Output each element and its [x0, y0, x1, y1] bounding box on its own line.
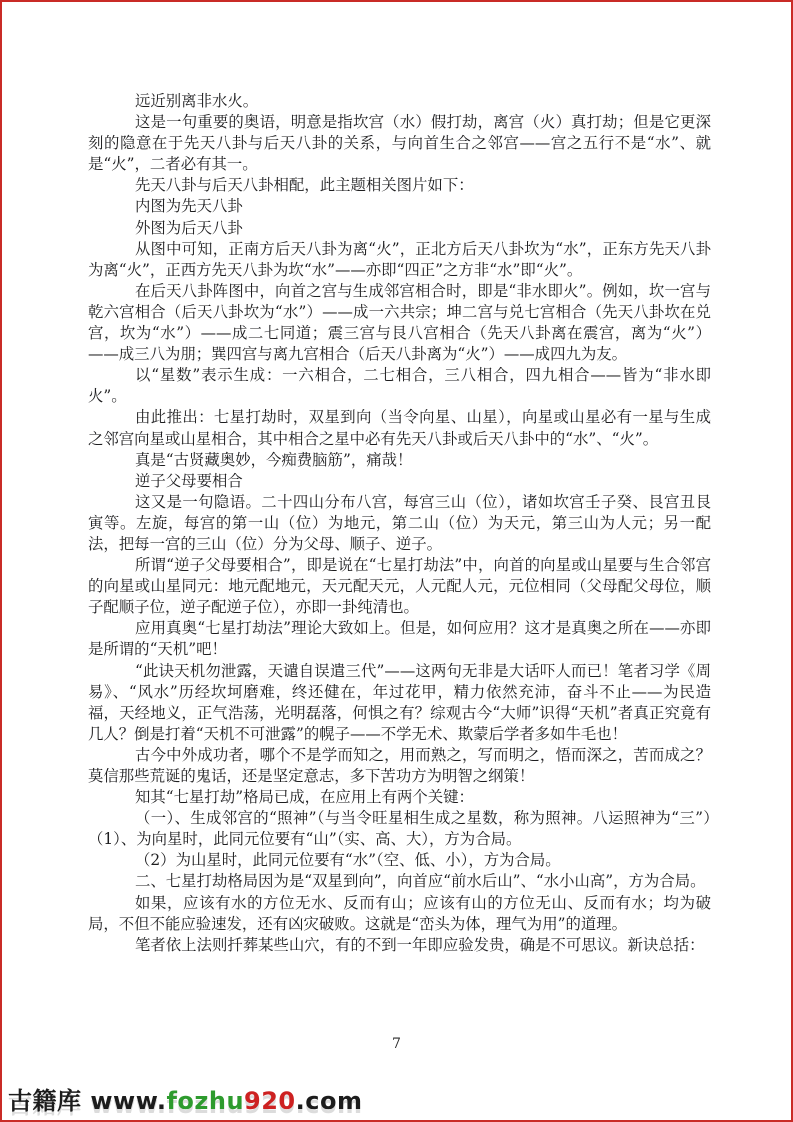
watermark-url-number: 920	[244, 1087, 296, 1115]
watermark: 古籍库 www.fozhu920.com	[8, 1081, 362, 1116]
paragraph: 笔者依上法则扦葬某些山穴，有的不到一年即应验发贵，确是不可思议。新诀总括：	[88, 935, 711, 956]
page-number: 7	[0, 1036, 793, 1052]
paragraph: 二、七星打劫格局因为是“双星到向”，向首应“前水后山”、“水小山高”，方为合局。	[88, 871, 711, 892]
paragraph: （一）、生成邻宫的“照神”（与当令旺星相生成之星数，称为照神。八运照神为“三”）…	[88, 808, 711, 850]
page-text: 远近别离非水火。 这是一句重要的奥语，明意是指坎宫（水）假打劫，离宫（火）真打劫…	[88, 91, 711, 956]
watermark-site-name: 古籍库	[8, 1087, 82, 1115]
paragraph: 远近别离非水火。	[88, 91, 711, 112]
paragraph: 所谓“逆子父母要相合”，即是说在“七星打劫法”中，向首的向星或山星要与生合邻宫的…	[88, 555, 711, 618]
paragraph: 知其“七星打劫”格局已成，在应用上有两个关键：	[88, 787, 711, 808]
watermark-url-green: fozhu	[166, 1087, 244, 1115]
paragraph: 古今中外成功者，哪个不是学而知之，用而熟之，写而明之，悟而深之，苦而成之？莫信那…	[88, 745, 711, 787]
paragraph: 先天八卦与后天八卦相配，此主题相关图片如下：	[88, 175, 711, 196]
paragraph: 以“星数”表示生成：一六相合，二七相合，三八相合，四九相合——皆为“非水即火”。	[88, 365, 711, 407]
paragraph: 这又是一句隐语。二十四山分布八宫，每宫三山（位），诸如坎宫壬子癸、艮宫丑艮寅等。…	[88, 492, 711, 555]
paragraph: 在后天八卦阵图中，向首之宫与生成邻宫相合时，即是“非水即火”。例如，坎一宫与乾六…	[88, 281, 711, 365]
paragraph: 外图为后天八卦	[88, 218, 711, 239]
paragraph: 如果，应该有水的方位无水、反而有山；应该有山的方位无山、反而有水；均为破局，不但…	[88, 893, 711, 935]
paragraph: 内图为先天八卦	[88, 196, 711, 217]
watermark-url-tld: .com	[296, 1087, 363, 1115]
paragraph: 应用真奥“七星打劫法”理论大致如上。但是，如何应用？这才是真奥之所在——亦即是所…	[88, 618, 711, 660]
paragraph: 真是“古贤藏奥妙，今痴费脑筋”，痛哉！	[88, 450, 711, 471]
paragraph: （2）为山星时，此同元位要有“水”（空、低、小），方为合局。	[88, 850, 711, 871]
paragraph: 从图中可知，正南方后天八卦为离“火”，正北方后天八卦坎为“水”，正东方先天八卦为…	[88, 239, 711, 281]
paragraph: 由此推出：七星打劫时，双星到向（当令向星、山星），向星或山星必有一星与生成之邻宫…	[88, 407, 711, 449]
watermark-url-www: www.	[82, 1087, 167, 1115]
paragraph: “此诀天机勿泄露，天谴自误遣三代”——这两句无非是大话吓人而已！笔者习学《周易》…	[88, 661, 711, 745]
paragraph: 逆子父母要相合	[88, 471, 711, 492]
paragraph: 这是一句重要的奥语，明意是指坎宫（水）假打劫，离宫（火）真打劫；但是它更深刻的隐…	[88, 112, 711, 175]
